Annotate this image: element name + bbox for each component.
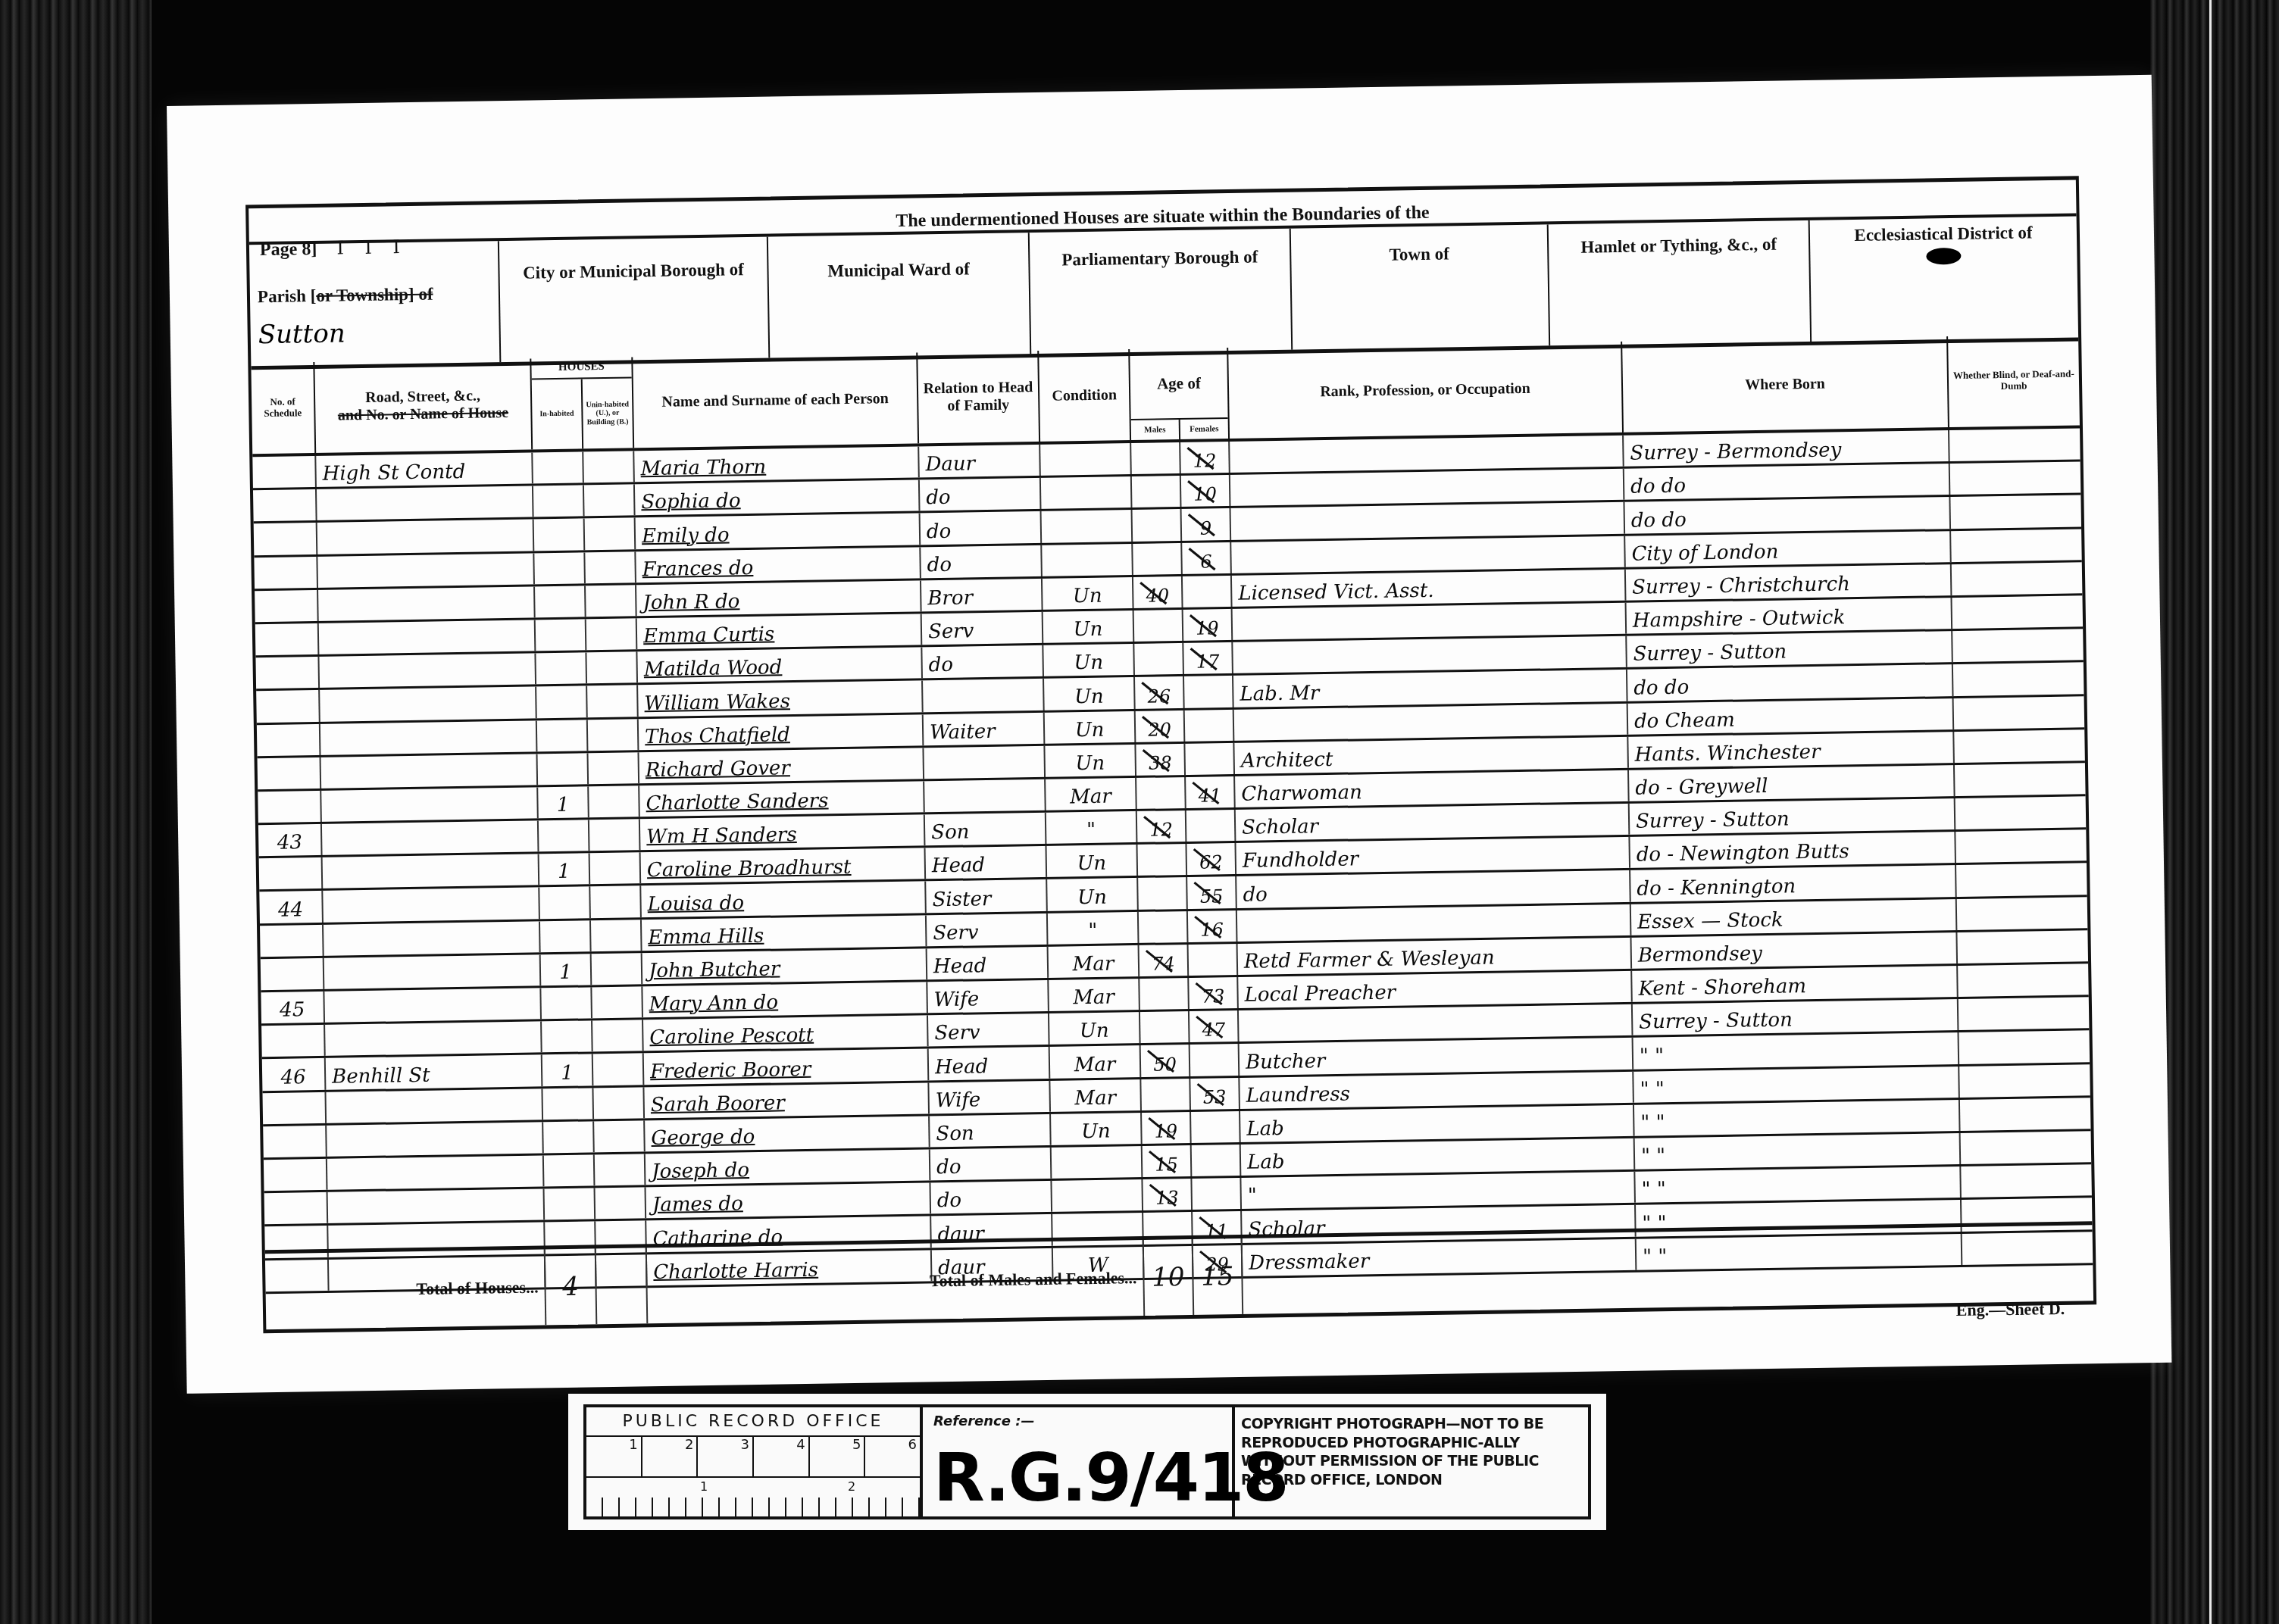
where-born-cell: Hants. Winchester (1628, 732, 1955, 768)
male-age-cell (1133, 543, 1183, 575)
infirmity-cell (1955, 830, 2087, 864)
condition-cell: Un (1043, 577, 1134, 610)
female-age-cell: 73 (1189, 977, 1239, 1009)
relation-cell: do (920, 478, 1042, 511)
male-age-cell (1134, 643, 1184, 675)
condition-cell: Un (1045, 711, 1136, 744)
road-cell (320, 720, 538, 755)
film-scratch-line (2209, 0, 2212, 1624)
infirmity-cell (1952, 595, 2083, 629)
road-cell (319, 620, 536, 654)
total-males-value: 10 (1144, 1239, 1195, 1316)
inhabited-cell (534, 552, 586, 584)
condition-cell: Un (1051, 1113, 1143, 1145)
uninhabited-cell (586, 585, 637, 617)
uninhabited-cell (584, 485, 636, 517)
male-age-cell: 74 (1139, 945, 1190, 976)
road-cell: High St Contd (316, 452, 533, 487)
col-schedule: No. of Schedule (251, 362, 316, 454)
inhabited-cell: 1 (542, 1054, 594, 1086)
pro-title: PUBLIC RECORD OFFICE (586, 1407, 920, 1437)
road-cell (324, 988, 542, 1023)
uninhabited-cell (589, 819, 641, 851)
relation-cell: Sister (926, 879, 1048, 913)
infirmity-cell (1961, 1164, 2092, 1198)
female-age-cell (1183, 576, 1233, 607)
name-cell: Sophia do (635, 480, 921, 516)
where-born-cell: " " (1634, 1100, 1961, 1136)
name-cell: Emma Hills (642, 915, 927, 951)
road-cell (321, 754, 539, 789)
relation-cell: Head (929, 1047, 1051, 1080)
uninhabited-cell (594, 1120, 646, 1152)
relation-cell: Son (930, 1114, 1052, 1148)
female-age-cell (1192, 1178, 1242, 1210)
infirmity-cell (1955, 763, 2086, 796)
uninhabited-cell (593, 1054, 645, 1085)
ink-blot (1926, 248, 1961, 265)
infirmity-cell (1960, 1098, 2091, 1131)
reference-box: Reference :— R.G.9/418 (923, 1407, 1235, 1516)
female-age-cell (1185, 709, 1235, 741)
table-body: High St ContdMaria ThornDaur12Surrey - B… (252, 428, 2093, 1293)
name-cell: Maria Thorn (634, 446, 920, 482)
infirmity-cell (1950, 495, 2081, 529)
ecclesiastical-district-cell: Ecclesiastical District of (1810, 216, 2078, 342)
male-age-cell (1132, 476, 1182, 507)
schedule-cell: 45 (261, 992, 325, 1024)
occupation-cell (1233, 603, 1627, 640)
condition-cell (1041, 476, 1133, 509)
infirmity-cell (1957, 930, 2088, 963)
road-cell (320, 687, 537, 722)
total-females-value: 15 (1193, 1238, 1244, 1315)
relation-cell: do (930, 1181, 1052, 1214)
occupation-cell: Laundress (1240, 1071, 1634, 1108)
schedule-cell (264, 1192, 329, 1225)
female-age-cell (1186, 810, 1236, 842)
where-born-cell: do Cheam (1628, 698, 1955, 735)
uninhabited-cell (596, 1187, 647, 1219)
uninhabited-cell (590, 886, 642, 918)
uninhabited-cell (592, 986, 643, 1018)
condition-cell (1042, 510, 1133, 542)
relation-cell: Bror (921, 579, 1043, 612)
schedule-cell (254, 523, 318, 555)
inhabited-cell (535, 586, 586, 617)
male-age-cell (1141, 1078, 1191, 1110)
schedule-cell (260, 925, 324, 957)
condition-cell: Un (1043, 644, 1135, 676)
where-born-cell: Surrey - Sutton (1633, 999, 1959, 1035)
female-age-cell: 9 (1182, 508, 1232, 540)
name-cell: Frances do (636, 547, 921, 582)
where-born-cell: do - Greywell (1629, 765, 1955, 801)
uninhabited-cell (587, 686, 639, 717)
name-cell: Caroline Pescott (643, 1016, 929, 1051)
col-uninhabited: Unin-habited (U.), or Building (B.) (583, 378, 633, 448)
name-cell: John R do (636, 580, 922, 616)
name-cell: Mary Ann do (642, 982, 928, 1017)
uninhabited-cell (590, 853, 642, 885)
inhabited-cell (536, 619, 587, 651)
infirmity-cell (1961, 1131, 2092, 1164)
film-edge-right (2150, 0, 2279, 1624)
relation-cell: Wife (929, 1080, 1051, 1113)
total-houses-label: Total of Houses... (265, 1249, 547, 1329)
female-age-cell: 12 (1180, 442, 1230, 473)
relation-cell: do (922, 645, 1044, 679)
road-cell (317, 553, 535, 588)
road-cell (319, 654, 536, 689)
road-cell (326, 1088, 543, 1123)
name-cell: Sarah Boorer (644, 1082, 930, 1118)
where-born-cell: Surrey - Sutton (1627, 631, 1953, 667)
condition-cell: Mar (1046, 778, 1137, 810)
relation-cell: Waiter (924, 712, 1046, 745)
male-age-cell: 40 (1133, 576, 1183, 608)
col-infirmity: Whether Blind, or Deaf-and-Dumb (1948, 334, 2080, 427)
where-born-cell: Surrey - Bermondsey (1624, 430, 1950, 467)
male-age-cell (1136, 777, 1186, 809)
total-persons-label: Total of Males and Females... (647, 1240, 1145, 1323)
male-age-cell (1140, 1011, 1190, 1043)
male-age-cell (1134, 610, 1184, 642)
male-age-cell (1133, 509, 1183, 541)
relation-cell: do (921, 511, 1043, 545)
relation-cell: Serv (927, 913, 1049, 946)
road-cell (318, 586, 536, 621)
road-cell (324, 954, 542, 989)
uninhabited-cell (591, 920, 642, 951)
scale-ruler: PUBLIC RECORD OFFICE 1 2 3 4 5 6 1 2 (586, 1407, 923, 1516)
condition-cell (1042, 544, 1133, 576)
road-cell (323, 854, 540, 889)
schedule-cell (261, 1025, 326, 1057)
where-born-cell: " " (1635, 1166, 1962, 1203)
inhabited-cell (543, 1121, 595, 1153)
condition-cell: " (1046, 811, 1138, 844)
inhabited-cell (542, 1021, 593, 1053)
sheet-id: Eng.—Sheet D. (1955, 1299, 2065, 1320)
copyright-notice: COPYRIGHT PHOTOGRAPH—NOT TO BE REPRODUCE… (1235, 1407, 1588, 1516)
occupation-cell: Licensed Vict. Asst. (1232, 570, 1627, 607)
condition-cell: Un (1046, 845, 1138, 877)
occupation-cell: Scholar (1236, 804, 1630, 841)
female-age-cell (1184, 676, 1234, 707)
name-cell: George do (645, 1116, 930, 1151)
road-cell (317, 520, 535, 554)
condition-cell: Mar (1050, 1079, 1142, 1112)
male-age-cell: 50 (1141, 1045, 1191, 1076)
infirmity-cell (1958, 963, 2089, 997)
city-borough-cell: City or Municipal Borough of (499, 237, 770, 363)
road-cell (327, 1122, 544, 1157)
infirmity-cell (1954, 696, 2085, 729)
name-cell: Charlotte Sanders (639, 781, 925, 817)
inhabited-cell: 1 (541, 954, 592, 985)
parliamentary-borough-cell: Parliamentary Borough of (1030, 229, 1293, 354)
occupation-cell: do (1236, 870, 1631, 907)
occupation-cell: Butcher (1240, 1038, 1634, 1075)
where-born-cell: do do (1624, 464, 1951, 500)
female-age-cell (1185, 743, 1235, 775)
schedule-cell (256, 690, 320, 723)
female-age-cell: 41 (1186, 776, 1236, 808)
where-born-cell: do do (1624, 497, 1951, 533)
parish-value: Sutton (258, 320, 345, 350)
census-sheet: The undermentioned Houses are situate wi… (167, 75, 2171, 1394)
condition-cell (1052, 1179, 1143, 1212)
occupation-cell: Lab. Mr (1233, 670, 1628, 707)
occupation-cell: Retd Farmer & Wesleyan (1238, 938, 1633, 975)
condition-cell: " (1048, 912, 1139, 945)
total-houses-value: 4 (546, 1248, 598, 1325)
inhabited-cell (544, 1154, 596, 1186)
col-road: Road, Street, &c.,and No. or Name of Hou… (314, 358, 533, 452)
road-cell (328, 1188, 546, 1223)
infirmity-cell (1959, 997, 2090, 1030)
female-age-cell: 55 (1187, 876, 1237, 908)
where-born-cell: Kent - Shoreham (1632, 966, 1959, 1002)
name-cell: Joseph do (646, 1149, 931, 1185)
relation-cell: Head (927, 947, 1049, 980)
schedule-cell (258, 757, 322, 790)
male-age-cell: 20 (1136, 710, 1186, 742)
occupation-cell (1231, 536, 1626, 573)
occupation-cell: Fundholder (1236, 837, 1630, 874)
male-age-cell: 19 (1142, 1112, 1192, 1144)
col-houses: HOUSES In-habited Unin-habited (U.), or … (531, 357, 634, 449)
col-relation: Relation to Head of Family (918, 351, 1040, 443)
where-born-cell: City of London (1625, 531, 1952, 567)
relation-cell: Serv (922, 612, 1044, 645)
uninhabited-cell (593, 1087, 645, 1119)
condition-cell: Un (1047, 878, 1139, 910)
where-born-cell: do do (1627, 664, 1954, 701)
uninhabited-cell (595, 1154, 646, 1185)
occupation-cell (1239, 1004, 1633, 1042)
road-cell (324, 921, 541, 956)
male-age-cell (1138, 877, 1188, 909)
infirmity-cell (1956, 864, 2087, 897)
inhabited-cell (536, 686, 588, 718)
relation-cell (924, 746, 1046, 779)
infirmity-cell (1954, 729, 2085, 763)
col-age: Age of Males Females (1130, 348, 1230, 440)
male-age-cell: 12 (1137, 810, 1187, 842)
male-age-cell (1137, 844, 1187, 876)
relation-cell: Son (925, 813, 1047, 846)
where-born-cell: " " (1633, 1067, 1960, 1103)
relation-cell: do (930, 1148, 1052, 1181)
col-name: Name and Surname of each Person (633, 352, 919, 448)
name-cell: Caroline Broadhurst (641, 848, 927, 884)
occupation-cell (1234, 703, 1629, 740)
relation-cell: Wife (927, 980, 1049, 1013)
where-born-cell: Surrey - Christchurch (1626, 564, 1952, 601)
inch-scale: 1 2 3 4 5 6 (586, 1437, 920, 1478)
where-born-cell: " " (1633, 1032, 1960, 1069)
road-cell (327, 1155, 545, 1190)
where-born-cell: do - Newington Butts (1630, 832, 1956, 868)
male-age-cell (1139, 978, 1190, 1010)
schedule-cell: 44 (259, 891, 324, 923)
census-form: The undermentioned Houses are situate wi… (245, 176, 2096, 1333)
schedule-cell (264, 1159, 328, 1191)
where-born-cell: do - Kennington (1630, 865, 1957, 901)
female-age-cell: 17 (1183, 642, 1233, 674)
female-age-cell: 62 (1186, 843, 1236, 875)
uninhabited-cell (589, 785, 640, 817)
condition-cell (1052, 1146, 1143, 1179)
town-cell: Town of (1291, 224, 1550, 349)
uninhabited-cell (586, 651, 638, 683)
occupation-cell: Local Preacher (1238, 971, 1633, 1008)
inhabited-cell (537, 720, 589, 751)
infirmity-cell (1952, 562, 2083, 595)
female-age-cell (1191, 1111, 1241, 1143)
where-born-cell: Bermondsey (1631, 932, 1958, 969)
occupation-cell (1231, 502, 1626, 539)
female-age-cell (1192, 1145, 1242, 1176)
schedule-cell (259, 857, 324, 890)
road-cell: Benhill St (326, 1055, 543, 1090)
condition-cell: Mar (1049, 979, 1140, 1011)
inhabited-cell (534, 519, 586, 551)
condition-cell: Un (1045, 745, 1136, 777)
road-cell (317, 486, 534, 521)
relation-cell (924, 779, 1046, 813)
infirmity-cell (1953, 663, 2084, 696)
inhabited-cell: 1 (539, 854, 591, 885)
uninhabited-cell (583, 451, 635, 483)
infirmity-cell (1959, 1031, 2090, 1064)
inhabited-cell: 1 (538, 786, 589, 818)
condition-cell (1040, 443, 1132, 476)
occupation-cell (1233, 636, 1627, 673)
col-males: Males (1131, 420, 1180, 440)
col-where-born: Where Born (1622, 336, 1949, 433)
female-age-cell: 10 (1181, 475, 1231, 507)
name-cell: Louisa do (641, 882, 927, 917)
schedule-cell (258, 791, 322, 823)
female-age-cell: 16 (1188, 910, 1238, 942)
relation-cell (923, 679, 1045, 712)
road-cell (321, 787, 539, 822)
male-age-cell: 15 (1143, 1145, 1193, 1177)
male-age-cell: 26 (1135, 676, 1185, 708)
col-females: Females (1180, 419, 1228, 439)
inhabited-cell (539, 820, 590, 851)
occupation-cell: Architect (1234, 736, 1629, 773)
uninhabited-cell (588, 752, 639, 784)
inhabited-cell (545, 1188, 596, 1220)
condition-cell: Mar (1050, 1045, 1142, 1078)
uninhabited-cell (592, 1020, 644, 1051)
col-inhabited: In-habited (532, 379, 583, 449)
name-cell: Emily do (636, 514, 921, 549)
female-age-cell (1190, 1044, 1240, 1076)
inhabited-cell (537, 753, 589, 785)
name-cell: Frederic Boorer (644, 1049, 930, 1085)
where-born-cell: Essex — Stock (1631, 899, 1958, 935)
uninhabited-cell (586, 618, 638, 650)
name-cell: Richard Gover (639, 748, 924, 783)
name-cell: Thos Chatfield (639, 714, 924, 750)
name-cell: James do (646, 1182, 931, 1218)
male-age-cell: 38 (1136, 744, 1186, 776)
female-age-cell: 53 (1190, 1077, 1240, 1109)
infirmity-cell (1955, 796, 2087, 829)
infirmity-cell (1951, 529, 2082, 562)
relation-cell: Daur (919, 445, 1041, 478)
reference-code: R.G.9/418 (933, 1438, 1288, 1516)
inhabited-cell (536, 653, 587, 685)
condition-cell: Mar (1049, 945, 1140, 978)
uninhabited-cell (588, 719, 639, 751)
occupation-cell (1237, 904, 1632, 941)
uninhabited-cell (585, 551, 636, 583)
occupation-cell: Lab (1241, 1138, 1636, 1176)
male-age-cell (1139, 911, 1189, 943)
infirmity-cell (1949, 428, 2080, 461)
census-table: No. of Schedule Road, Street, &c.,and No… (251, 334, 2092, 1254)
occupation-cell: Charwoman (1235, 770, 1630, 807)
film-edge-left (0, 0, 152, 1624)
schedule-cell (255, 657, 320, 689)
occupation-cell: Lab (1240, 1104, 1635, 1141)
schedule-cell (261, 958, 325, 991)
infirmity-cell (1957, 897, 2088, 930)
schedule-cell (262, 1092, 327, 1124)
where-born-cell: Surrey - Sutton (1630, 798, 1956, 835)
parish-cell: Parish [or Township] of Sutton (249, 241, 501, 366)
col-condition: Condition (1039, 349, 1131, 442)
condition-cell: Un (1043, 611, 1135, 643)
schedule-cell (254, 557, 318, 589)
name-cell: Emma Curtis (637, 614, 923, 649)
condition-cell: Un (1049, 1012, 1141, 1045)
relation-cell: Serv (928, 1013, 1050, 1047)
inhabited-cell (541, 987, 592, 1019)
municipal-ward-cell: Municipal Ward of (768, 233, 1031, 358)
female-age-cell: 47 (1190, 1010, 1240, 1042)
uninhabited-cell (585, 518, 636, 550)
name-cell: William Wakes (638, 681, 924, 717)
schedule-cell (252, 456, 317, 489)
schedule-cell: 43 (258, 824, 323, 857)
where-born-cell: Hampshire - Outwick (1627, 598, 1953, 634)
inhabited-cell (540, 920, 592, 952)
schedule-cell (253, 489, 317, 522)
female-age-cell: 6 (1182, 542, 1232, 574)
infirmity-cell (1950, 462, 2081, 495)
infirmity-cell (1952, 629, 2084, 662)
inhabited-cell (533, 486, 585, 517)
occupation-cell (1230, 469, 1625, 506)
occupation-cell (1230, 436, 1624, 473)
condition-cell: Un (1044, 677, 1136, 710)
col-occupation: Rank, Profession, or Occupation (1228, 342, 1624, 439)
public-record-office-label: PUBLIC RECORD OFFICE 1 2 3 4 5 6 1 2 Ref… (568, 1394, 1606, 1530)
name-cell: Matilda Wood (637, 648, 923, 683)
cm-scale: 1 2 (586, 1478, 920, 1517)
female-age-cell: 19 (1183, 609, 1233, 641)
uninhabited-cell (592, 953, 643, 985)
schedule-cell (263, 1126, 327, 1158)
male-age-cell (1131, 442, 1181, 474)
